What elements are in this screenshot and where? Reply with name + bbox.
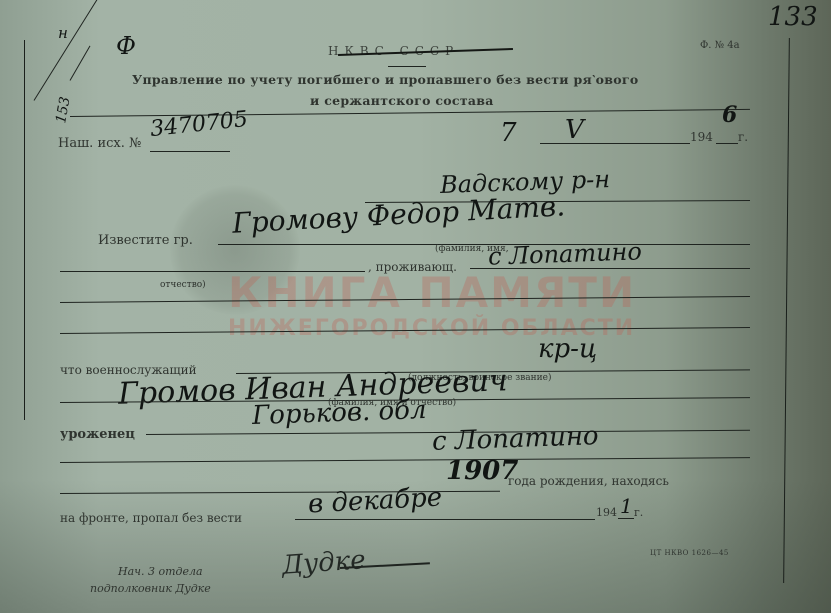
- department-line-1: Управление по учету погибшего и пропавше…: [132, 72, 639, 87]
- outgoing-number-underline: [150, 151, 230, 152]
- margin-note: 153: [53, 95, 73, 124]
- form-number: Ф. № 4а: [700, 40, 740, 51]
- missing-year-suffix: г.: [634, 506, 643, 519]
- birthplace-label: уроженец: [60, 427, 135, 442]
- recipient-patronymic-line: [60, 271, 365, 272]
- missing-year-prefix: 194: [596, 506, 617, 519]
- left-margin-line: [24, 40, 25, 420]
- birth-year-suffix: года рождения, находясь: [508, 474, 669, 488]
- margin-diagonal-mark: [34, 0, 98, 101]
- year-underline: [716, 143, 738, 144]
- birthplace-region: Горьков. обл: [252, 395, 428, 431]
- date-year-digit: 6: [722, 102, 737, 128]
- recipient-name: Громову Федор Матв.: [231, 189, 565, 239]
- patronymic-hint: отчество): [160, 280, 206, 290]
- birthplace-line-2: [60, 457, 750, 463]
- department-line-2: и сержантского состава: [310, 93, 494, 108]
- margin-diagonal-mark: [70, 46, 91, 81]
- missing-year-digit: 1: [620, 494, 633, 518]
- missing-label: на фронте, пропал без вести: [60, 511, 242, 525]
- archive-page-number: 133: [768, 2, 818, 32]
- signer-title-line-1: Нач. 3 отдела: [118, 565, 203, 578]
- date-underline: [540, 143, 690, 144]
- residence-label: , проживающ.: [368, 260, 457, 274]
- missing-when-line: [295, 519, 595, 520]
- signer-title-line-2: подполковник Дудке: [90, 582, 211, 595]
- date-year-prefix: 194: [690, 130, 713, 144]
- date-month: V: [565, 115, 584, 145]
- date-year-suffix: г.: [738, 130, 748, 144]
- date-day: 7: [500, 118, 517, 148]
- header-divider: [388, 66, 426, 67]
- missing-year-underline: [618, 518, 634, 519]
- residence-value: с Лопатино: [488, 237, 643, 270]
- birthplace-village: с Лопатино: [432, 421, 600, 457]
- recipient-label: Известите гр.: [98, 233, 193, 248]
- outgoing-number-value: 3470705: [149, 107, 249, 142]
- soldier-rank: кр-ц: [538, 334, 597, 364]
- outgoing-number-label: Наш. исх. №: [58, 136, 141, 151]
- margin-note: н: [58, 24, 68, 42]
- printer-mark: ЦТ НКВО 1626—45: [650, 549, 729, 557]
- watermark-line-1: КНИГА ПАМЯТИ: [228, 268, 636, 317]
- margin-note: Ф: [116, 32, 136, 60]
- signature: Дудке: [281, 545, 367, 581]
